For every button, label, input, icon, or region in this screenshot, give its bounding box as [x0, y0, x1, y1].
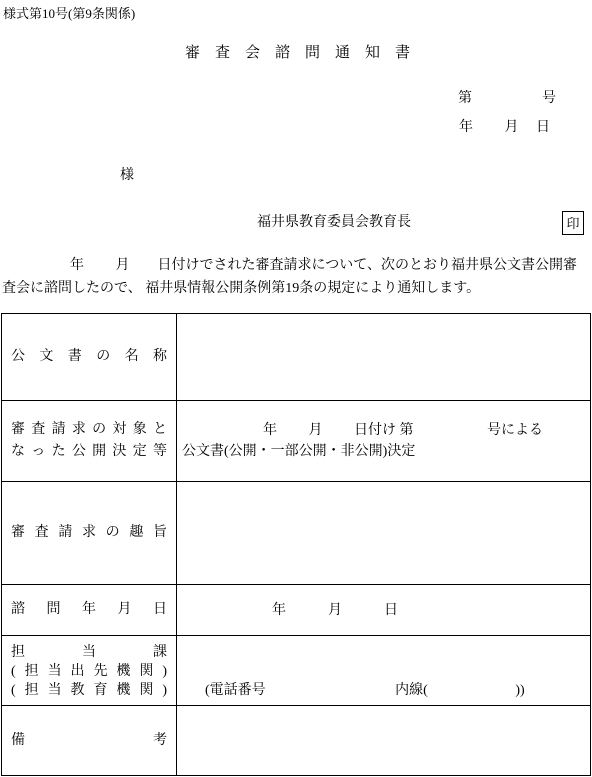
label-cell-consultation-date: 諮問年月日: [2, 585, 177, 635]
addressee-suffix: 様: [120, 168, 134, 184]
body-text-line-2: 査会に諮問したので、 福井県情報公開条例第19条の規定により通知します。: [2, 281, 480, 297]
label-line: 備考: [11, 730, 167, 752]
form-number: 様式第10号(第9条関係): [3, 6, 135, 22]
notice-table: 公文書の名称 審査請求の対象と なった公開決定等 年 月 日付け 第 号による …: [1, 313, 591, 776]
value-line: 年 月 日付け 第 号による: [177, 420, 590, 441]
value-cell-remarks: [177, 706, 590, 775]
table-row-department: 担当課 (担当出先機関) (担当教育機関) (電話番号 内線( )): [2, 636, 590, 706]
sender-name: 福井県教育委員会教育長: [257, 215, 411, 231]
table-row-purpose: 審査請求の趣旨: [2, 482, 590, 585]
value-line: 公文書(公開・一部公開・非公開)決定: [177, 441, 590, 462]
value-cell-purpose: [177, 482, 590, 584]
label-line: 公文書の名称: [11, 346, 167, 368]
body-text-line-1: 年 月 日付けでされた審査請求について、次のとおり福井県公文書公開審: [0, 258, 577, 274]
label-line: 審査請求の対象と: [11, 419, 167, 441]
value-line: 年 月 日: [177, 600, 590, 621]
table-row-remarks: 備考: [2, 706, 590, 775]
value-cell-department: (電話番号 内線( )): [177, 636, 590, 705]
label-line: なった公開決定等: [11, 441, 167, 463]
label-line: (担当教育機関): [11, 681, 167, 700]
seal-box: 印: [562, 211, 584, 235]
label-cell-purpose: 審査請求の趣旨: [2, 482, 177, 584]
consultation-notice-form: 様式第10号(第9条関係) 審査会諮問通知書 第 号 年 月 日 様 福井県教育…: [0, 0, 592, 777]
label-line: 諮問年月日: [11, 599, 167, 621]
doc-number-line: 第 号: [458, 91, 556, 107]
value-cell-document-name: [177, 314, 590, 400]
value-line-phone: (電話番号 内線( )): [177, 680, 590, 701]
seal-label: 印: [566, 217, 579, 230]
label-line: 審査請求の趣旨: [11, 522, 167, 544]
value-cell-decision: 年 月 日付け 第 号による 公文書(公開・一部公開・非公開)決定: [177, 401, 590, 481]
issue-date-line: 年 月 日: [459, 120, 550, 136]
label-cell-remarks: 備考: [2, 706, 177, 775]
table-row-document-name: 公文書の名称: [2, 314, 590, 401]
value-cell-consultation-date: 年 月 日: [177, 585, 590, 635]
table-row-consultation-date: 諮問年月日 年 月 日: [2, 585, 590, 636]
label-line: (担当出先機関): [11, 662, 167, 681]
label-line: 担当課: [11, 643, 167, 662]
label-cell-document-name: 公文書の名称: [2, 314, 177, 400]
page-title: 審査会諮問通知書: [185, 45, 425, 62]
table-row-decision: 審査請求の対象と なった公開決定等 年 月 日付け 第 号による 公文書(公開・…: [2, 401, 590, 482]
label-cell-department: 担当課 (担当出先機関) (担当教育機関): [2, 636, 177, 705]
label-cell-decision: 審査請求の対象と なった公開決定等: [2, 401, 177, 481]
